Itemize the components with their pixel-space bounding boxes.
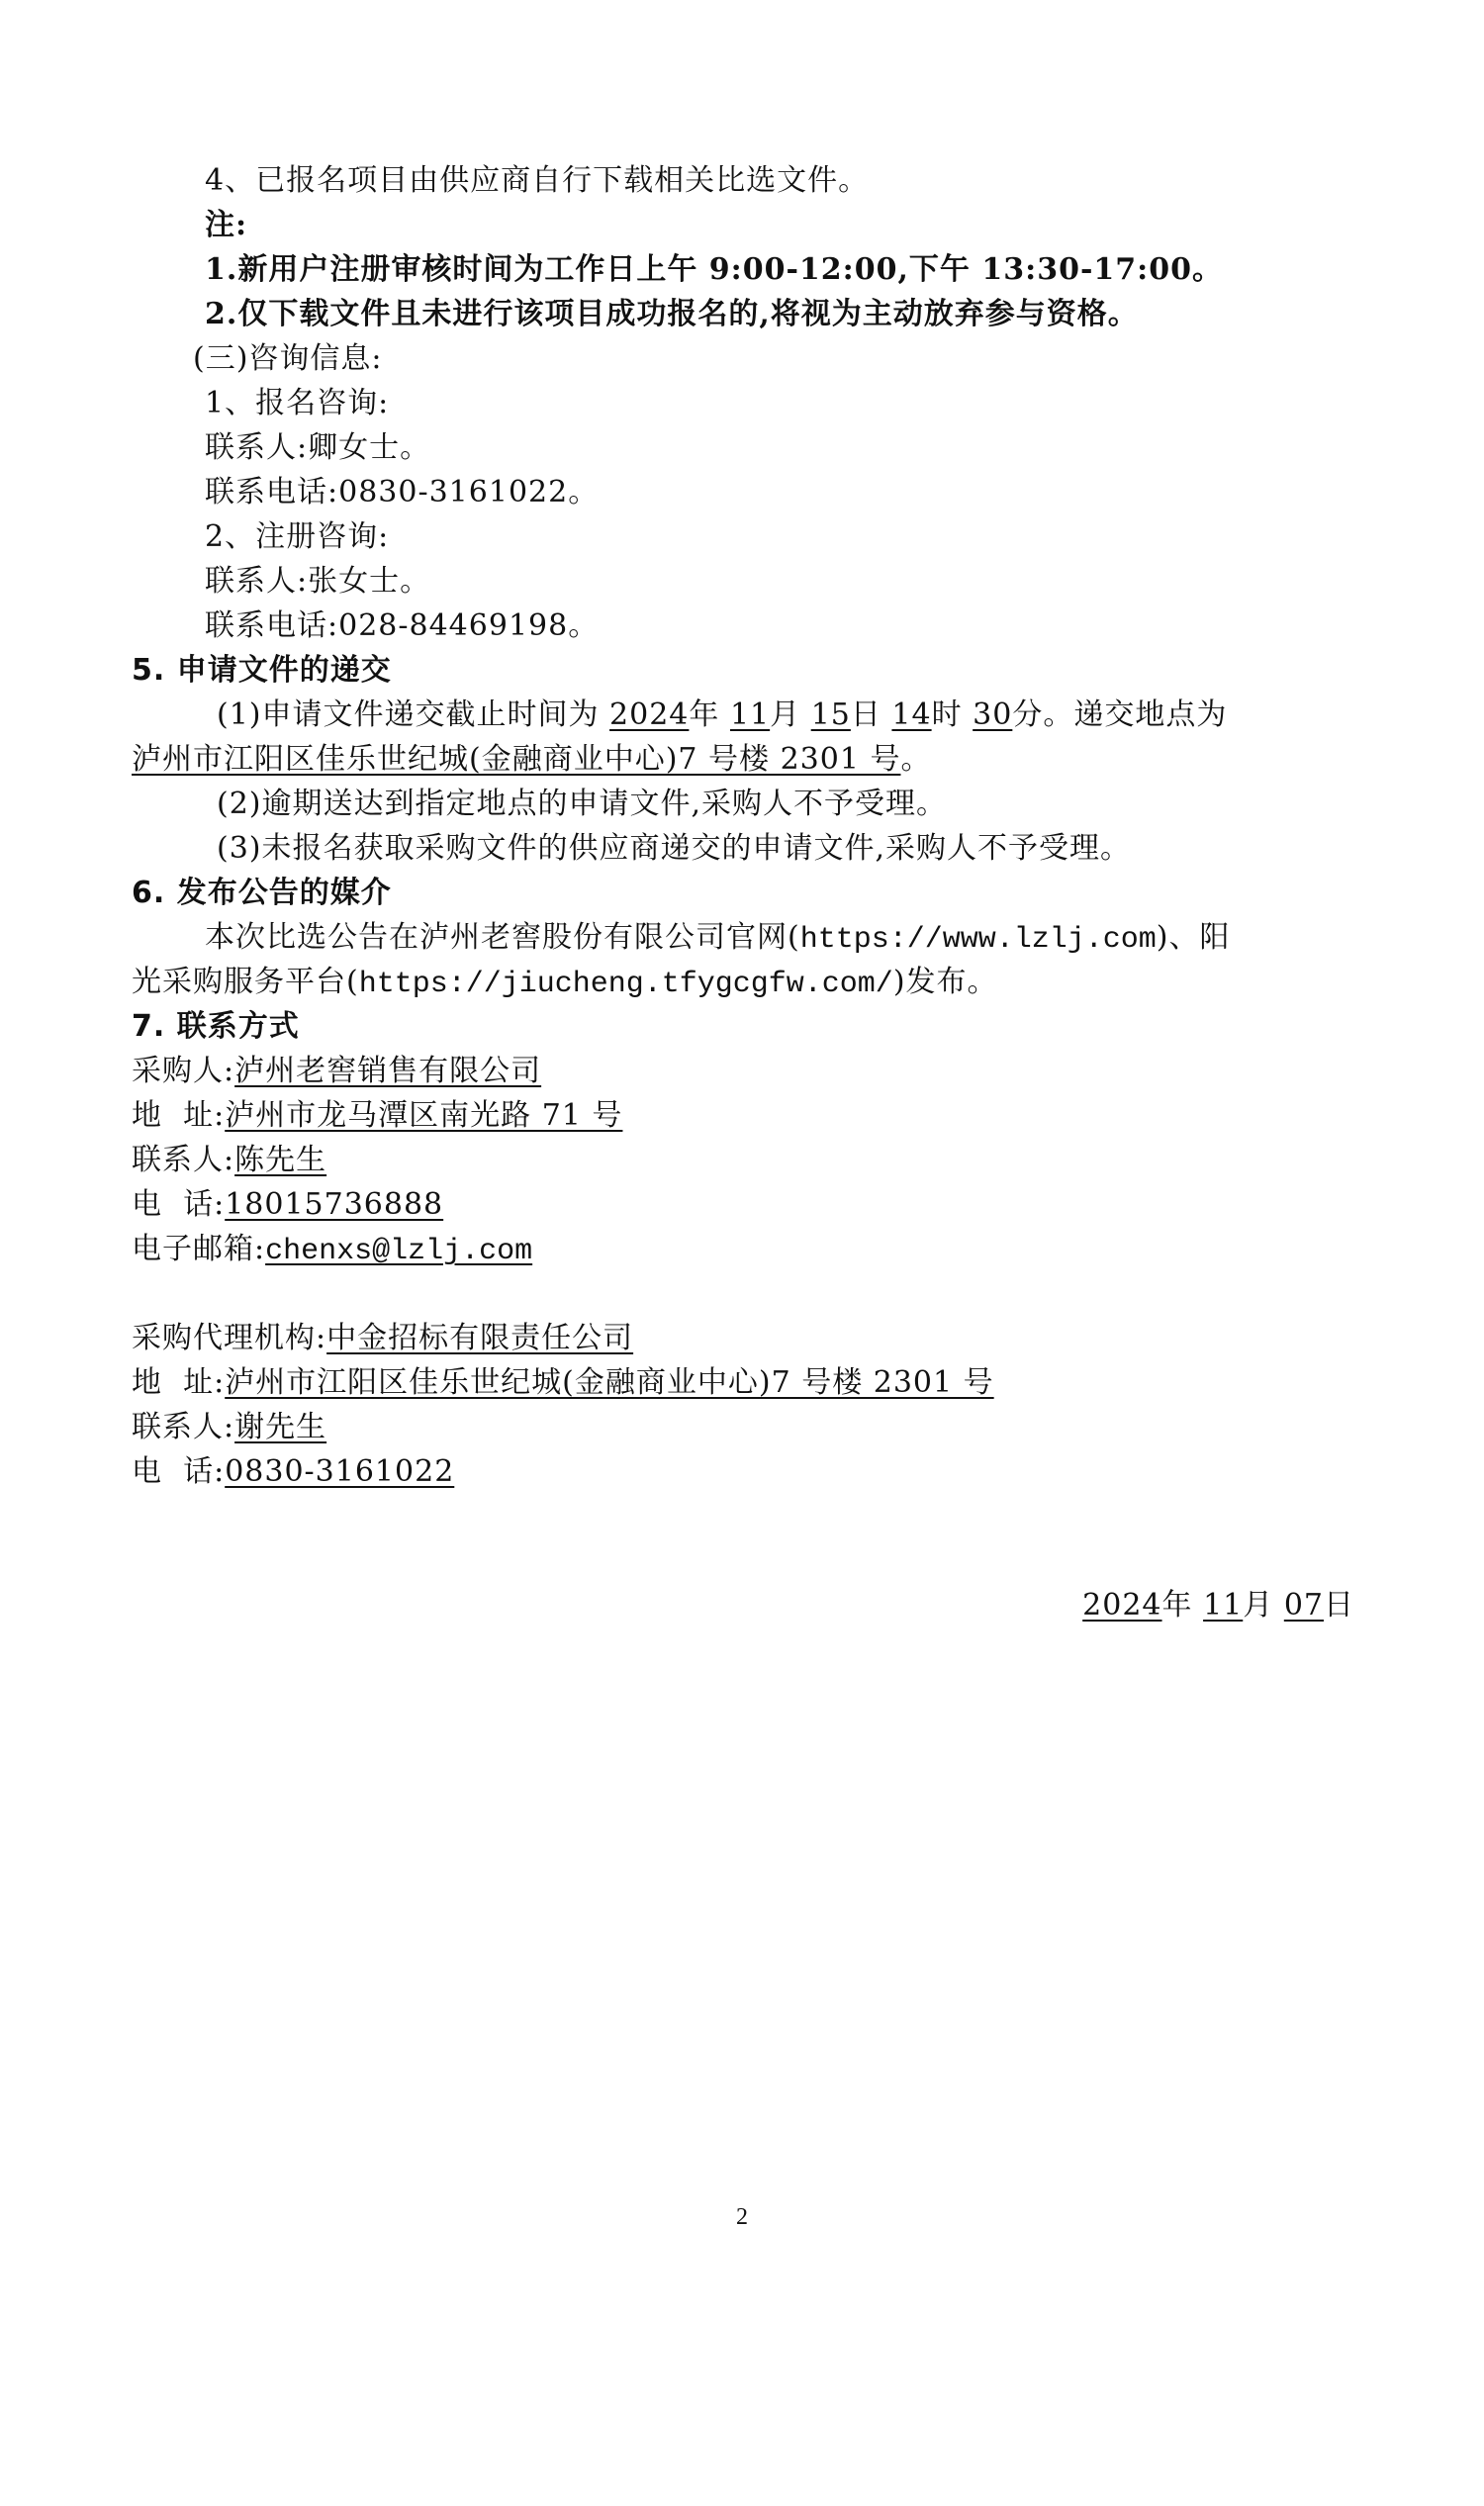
purchaser-address: 泸州市龙马潭区南光路 71 号	[225, 1098, 622, 1133]
item-1-prefix: (1)申请文件递交截止时间为	[217, 697, 600, 732]
spacer	[132, 1271, 1354, 1316]
submission-location: 泸州市江阳区佳乐世纪城(金融商业中心)7 号楼 2301 号	[132, 742, 900, 777]
deadline-hour: 14	[891, 697, 931, 732]
official-site-url[interactable]: https://www.lzlj.com	[800, 923, 1157, 957]
register-consult-title: 2、注册咨询:	[132, 514, 1354, 559]
section-6-heading: 6. 发布公告的媒介	[132, 871, 1354, 915]
signup-consult-title: 1、报名咨询:	[132, 381, 1354, 425]
location-end: 。	[900, 742, 931, 777]
section-5-item-1: (1)申请文件递交截止时间为 2024年 11月 15日 14时 30分。递交地…	[132, 693, 1354, 737]
year-unit: 年	[689, 697, 719, 732]
purchaser-contact-label: 联系人:	[132, 1143, 234, 1177]
purchaser-address-row: 地 址:泸州市龙马潭区南光路 71 号	[132, 1093, 1354, 1138]
deadline-minute: 30	[973, 697, 1012, 732]
purchaser-contact-row: 联系人:陈先生	[132, 1138, 1354, 1182]
deadline-month: 11	[730, 697, 770, 732]
note-1: 1.新用户注册审核时间为工作日上午 9:00-12:00,下午 13:30-17…	[132, 247, 1354, 292]
date-month-unit: 月	[1243, 1588, 1273, 1623]
section-7-heading: 7. 联系方式	[132, 1004, 1354, 1049]
purchaser-contact: 陈先生	[234, 1143, 326, 1177]
media-line-1-prefix: 本次比选公告在泸州老窖股份有限公司官网(	[205, 920, 800, 955]
minute-unit: 分。递交地点为	[1012, 697, 1227, 732]
purchaser-email-row: 电子邮箱:chenxs@lzlj.com	[132, 1227, 1354, 1271]
section-5-item-2: (2)逾期送达到指定地点的申请文件,采购人不予受理。	[132, 782, 1354, 826]
spacer	[132, 1494, 1354, 1538]
agency-name-row: 采购代理机构:中金招标有限责任公司	[132, 1316, 1354, 1360]
purchaser-name: 泸州老窖销售有限公司	[234, 1054, 541, 1088]
agency-address-label: 地 址:	[132, 1365, 225, 1400]
purchaser-email-label: 电子邮箱:	[132, 1232, 265, 1266]
section-5-heading: 5. 申请文件的递交	[132, 648, 1354, 693]
agency-address-row: 地 址:泸州市江阳区佳乐世纪城(金融商业中心)7 号楼 2301 号	[132, 1360, 1354, 1405]
agency-phone-label: 电 话:	[132, 1454, 225, 1489]
agency-contact-row: 联系人:谢先生	[132, 1405, 1354, 1449]
register-contact: 联系人:张女士。	[132, 559, 1354, 603]
purchaser-phone-label: 电 话:	[132, 1187, 225, 1222]
purchaser-phone: 18015736888	[225, 1187, 443, 1222]
section-5-item-3: (3)未报名获取采购文件的供应商递交的申请文件,采购人不予受理。	[132, 826, 1354, 871]
page-number: 2	[0, 2204, 1484, 2231]
section-5-location-line: 泸州市江阳区佳乐世纪城(金融商业中心)7 号楼 2301 号。	[132, 737, 1354, 782]
note-2: 2.仅下载文件且未进行该项目成功报名的,将视为主动放弃参与资格。	[132, 292, 1354, 336]
signup-contact: 联系人:卿女士。	[132, 425, 1354, 470]
section-6-line-1: 本次比选公告在泸州老窖股份有限公司官网(https://www.lzlj.com…	[132, 915, 1354, 960]
procurement-platform-url[interactable]: https://jiucheng.tfygcgfw.com/	[359, 968, 893, 1001]
spacer	[132, 1538, 1354, 1583]
purchaser-address-label: 地 址:	[132, 1098, 225, 1133]
section-6-line-2: 光采购服务平台(https://jiucheng.tfygcgfw.com/)发…	[132, 960, 1354, 1004]
day-unit: 日	[851, 697, 881, 732]
agency-phone-row: 电 话:0830-3161022	[132, 1449, 1354, 1494]
agency-address: 泸州市江阳区佳乐世纪城(金融商业中心)7 号楼 2301 号	[225, 1365, 993, 1400]
signature-date: 2024年 11月 07日	[132, 1583, 1354, 1627]
date-month: 11	[1203, 1588, 1243, 1623]
document-body: 4、已报名项目由供应商自行下载相关比选文件。 注: 1.新用户注册审核时间为工作…	[132, 158, 1354, 1627]
purchaser-name-label: 采购人:	[132, 1054, 234, 1088]
consultation-title: (三)咨询信息:	[132, 336, 1354, 381]
registration-item-4: 4、已报名项目由供应商自行下载相关比选文件。	[132, 158, 1354, 203]
date-day: 07	[1284, 1588, 1324, 1623]
purchaser-name-row: 采购人:泸州老窖销售有限公司	[132, 1049, 1354, 1093]
agency-contact: 谢先生	[234, 1410, 326, 1444]
document-page: 4、已报名项目由供应商自行下载相关比选文件。 注: 1.新用户注册审核时间为工作…	[0, 0, 1484, 2506]
date-day-unit: 日	[1324, 1588, 1354, 1623]
signup-phone: 联系电话:0830-3161022。	[132, 470, 1354, 514]
media-line-2-prefix: 光采购服务平台(	[132, 965, 359, 999]
register-phone: 联系电话:028-84469198。	[132, 603, 1354, 648]
agency-phone: 0830-3161022	[225, 1454, 454, 1489]
purchaser-phone-row: 电 话:18015736888	[132, 1182, 1354, 1227]
deadline-day: 15	[811, 697, 851, 732]
month-unit: 月	[770, 697, 800, 732]
media-line-1-suffix: )、阳	[1157, 920, 1231, 955]
media-line-2-suffix: )发布。	[893, 965, 998, 999]
date-year-unit: 年	[1162, 1588, 1193, 1623]
hour-unit: 时	[932, 697, 963, 732]
purchaser-email[interactable]: chenxs@lzlj.com	[265, 1235, 532, 1268]
agency-name-label: 采购代理机构:	[132, 1321, 326, 1355]
agency-name: 中金招标有限责任公司	[326, 1321, 633, 1355]
agency-contact-label: 联系人:	[132, 1410, 234, 1444]
date-year: 2024	[1082, 1588, 1161, 1623]
deadline-year: 2024	[609, 697, 689, 732]
note-label: 注:	[132, 203, 1354, 247]
